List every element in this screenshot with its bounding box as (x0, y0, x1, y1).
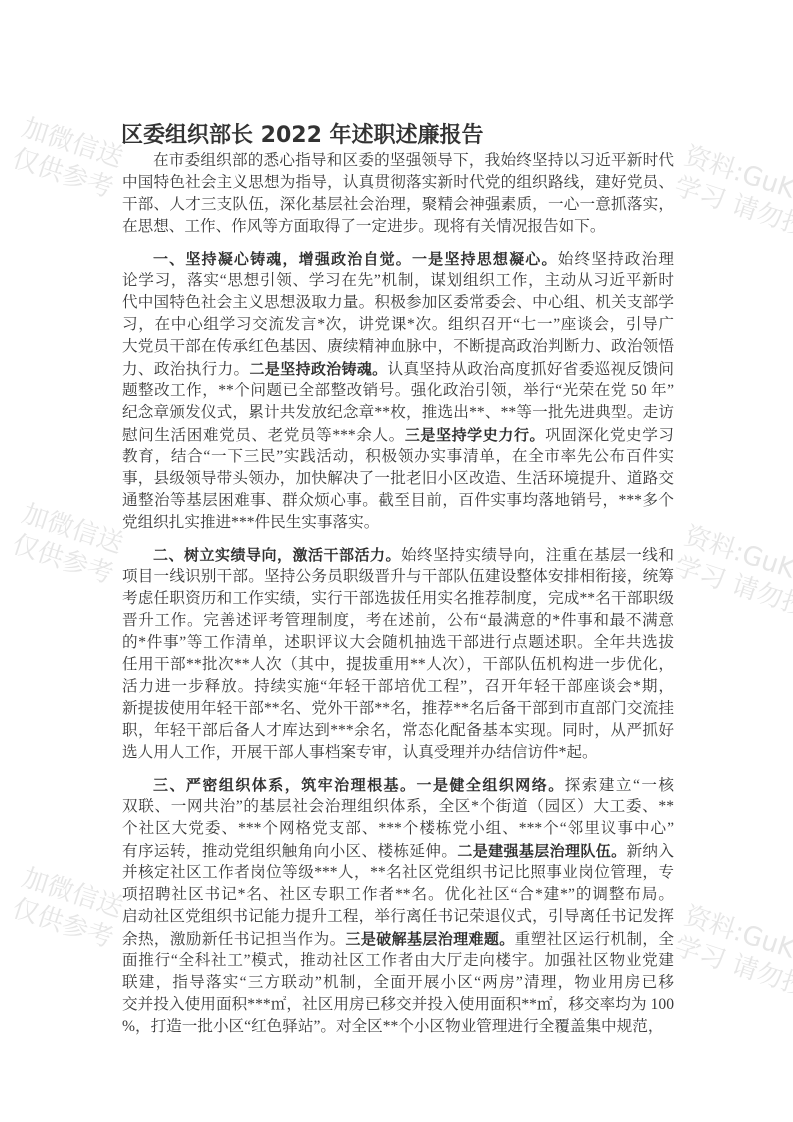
bold-heading: 二是建强基层治理队伍。 (457, 842, 626, 860)
text-line: 活力进一步释放。持续实施“年轻干部培优工程”，召开年轻干部座谈会*期， (122, 676, 674, 698)
text-line: 代中国特色社会主义思想汲取力量。积极参加区委常委会、中心组、机关支部学 (122, 292, 674, 314)
text-run: 交并投入使用面积***㎡，社区用房已移交并投入使用面积**㎡，移交率均为 100 (122, 996, 674, 1013)
text-run: 始终坚持实绩导向，注重在基层一线和 (401, 547, 674, 564)
text-line: 项招聘社区书记*名、社区专职工作者**名。优化社区“合*建*”的调整布局。 (122, 884, 674, 906)
text-line: 任用干部**批次**人次（其中，提拔重用**人次），干部队伍机构进一步优化， (122, 654, 674, 676)
text-line: 启动社区党组织书记能力提升工程，举行离任书记荣退仪式，引导离任书记发挥 (122, 906, 674, 928)
text-line: 慰问生活困难党员、老党员等***余人。三是坚持学史力行。巩固深化党史学习 (122, 424, 674, 446)
text-line: 的*件事”等工作清单，述职评议大会随机抽选干部进行点题述职。全年共选拔 (122, 632, 674, 654)
bold-heading: 二是坚持政治铸魂。 (249, 360, 387, 378)
text-line: 交并投入使用面积***㎡，社区用房已移交并投入使用面积**㎡，移交率均为 100 (122, 994, 674, 1016)
text-run: 并核定社区工作者岗位等级***人，**名社区党组织书记比照事业岗位管理，专 (122, 864, 674, 881)
text-run: 在思想、工作、作风等方面取得了一定进步。现将有关情况报告如下。 (122, 218, 605, 235)
text-line: 个社区大党委、***个网格党支部、***个楼栋党小组、***个“邻里议事中心” (122, 818, 674, 840)
paragraph-section-1: 一、坚持凝心铸魂，增强政治自觉。一是坚持思想凝心。始终坚持政治理论学习，落实“思… (122, 248, 674, 534)
text-line: 题整改工作，**个问题已全部整改销号。强化政治引领，举行“光荣在党 50 年” (122, 380, 674, 402)
text-run: 项招聘社区书记*名、社区专职工作者**名。优化社区“合*建*”的调整布局。 (122, 886, 674, 903)
text-run: 代中国特色社会主义思想汲取力量。积极参加区委常委会、中心组、机关支部学 (122, 294, 674, 311)
text-line: 项目一线识别干部。坚持公务员职级晋升与干部队伍建设整体安排相衔接，统筹 (122, 566, 674, 588)
text-run: 习，在中心组学习交流发言*次，讲党课*次。组织召开“七一”座谈会，引导广 (122, 316, 674, 333)
paragraph-intro: 在市委组织部的悉心指导和区委的坚强领导下，我始终坚持以习近平新时代中国特色社会主… (122, 150, 674, 238)
text-run: 中国特色社会主义思想为指导，认真贯彻落实新时代党的组织路线，建好党员、 (122, 174, 674, 191)
text-line: 三、严密组织体系，筑牢治理根基。一是健全组织网络。探索建立“一核 (122, 774, 674, 796)
paragraph-section-3: 三、严密组织体系，筑牢治理根基。一是健全组织网络。探索建立“一核双联、一网共治”… (122, 774, 674, 1038)
document-body: 在市委组织部的悉心指导和区委的坚强领导下，我始终坚持以习近平新时代中国特色社会主… (122, 150, 674, 1048)
text-run: 双联、一网共治”的基层社会治理组织体系，全区*个街道（园区）大工委、** (122, 798, 674, 815)
text-run: 新纳入 (626, 843, 674, 860)
text-line: 一、坚持凝心铸魂，增强政治自觉。一是坚持思想凝心。始终坚持政治理 (122, 248, 674, 270)
text-line: 双联、一网共治”的基层社会治理组织体系，全区*个街道（园区）大工委、** (122, 796, 674, 818)
text-run: 大党员干部在传承红色基因、赓续精神血脉中，不断提高政治判断力、政治领悟 (122, 338, 674, 355)
text-run: 论学习，落实“思想引领、学习在先”机制，谋划组织工作，主动从习近平新时 (122, 272, 674, 289)
text-line: 干部、人才三支队伍，深化基层社会治理，聚精会神强素质，一心一意抓落实， (122, 194, 674, 216)
bold-heading: 一、坚持凝心铸魂，增强政治自觉。 (153, 250, 412, 268)
text-run: 新提拔使用年轻干部**名、党外干部**名，推荐**名后备干部到市直部门交流挂 (122, 700, 674, 717)
text-line: 中国特色社会主义思想为指导，认真贯彻落实新时代党的组织路线，建好党员、 (122, 172, 674, 194)
text-run: 晋升工作。完善述评考管理制度，考在述前，公布“最满意的*件事和最不满意 (122, 612, 674, 629)
document-page: 加微信送 仅供参考 资料:GuKai. 学习 请勿抄袭 加微信送 仅供参考 资料… (0, 0, 793, 1122)
text-run: 在市委组织部的悉心指导和区委的坚强领导下，我始终坚持以习近平新时代 (153, 152, 674, 169)
watermark-right: 资料:GuKai. 学习 请勿抄袭 (670, 140, 793, 252)
text-line: 在思想、工作、作风等方面取得了一定进步。现将有关情况报告如下。 (122, 216, 674, 238)
text-run: 项目一线识别干部。坚持公务员职级晋升与干部队伍建设整体安排相衔接，统筹 (122, 568, 674, 585)
text-run: 个社区大党委、***个网格党支部、***个楼栋党小组、***个“邻里议事中心” (122, 820, 674, 837)
watermark-left: 加微信送 仅供参考 (8, 862, 127, 955)
text-line: 在市委组织部的悉心指导和区委的坚强领导下，我始终坚持以习近平新时代 (122, 150, 674, 172)
text-run: 巩固深化党史学习 (545, 427, 674, 444)
text-run: 任用干部**批次**人次（其中，提拔重用**人次），干部队伍机构进一步优化， (122, 656, 674, 673)
text-run: 选人用人工作，开展干部人事档案专审，认真受理并办结信访件*起。 (122, 744, 598, 761)
text-line: 面推行“全科社工”模式，推动社区工作者由大厅走向楼宇。加强社区物业党建 (122, 950, 674, 972)
text-run: 慰问生活困难党员、老党员等***余人。 (122, 427, 405, 444)
paragraph-section-2: 二、树立实绩导向，激活干部活力。始终坚持实绩导向，注重在基层一线和项目一线识别干… (122, 544, 674, 764)
text-run: 事，县级领导带头领办，加快解决了一批老旧小区改造、生活环境提升、道路交 (122, 470, 674, 487)
watermark-right: 资料:GuKai. 学习 请勿抄袭 (670, 900, 793, 1012)
text-line: 习，在中心组学习交流发言*次，讲党课*次。组织召开“七一”座谈会，引导广 (122, 314, 674, 336)
text-run: 面推行“全科社工”模式，推动社区工作者由大厅走向楼宇。加强社区物业党建 (122, 952, 674, 969)
text-run: 教育，结合“一下三民”实践活动，积极领办实事清单，在全市率先公布百件实 (122, 448, 674, 465)
text-run: 的*件事”等工作清单，述职评议大会随机抽选干部进行点题述职。全年共选拔 (122, 634, 674, 651)
text-run: 余热，激励新任书记担当作为。 (122, 931, 346, 948)
text-line: 通整治等基层困难事、群众烦心事。截至目前，百件实事均落地销号，***多个 (122, 490, 674, 512)
text-run: 职，年轻干部后备人才库达到***余名，常态化配备基本实现。同时，从严抓好 (122, 722, 674, 739)
text-run: 启动社区党组织书记能力提升工程，举行离任书记荣退仪式，引导离任书记发挥 (122, 908, 674, 925)
bold-heading: 二、树立实绩导向，激活干部活力。 (153, 546, 401, 564)
text-line: 并核定社区工作者岗位等级***人，**名社区党组织书记比照事业岗位管理，专 (122, 862, 674, 884)
text-line: 纪念章颁发仪式，累计共发放纪念章**枚，推选出**、**等一批先进典型。走访 (122, 402, 674, 424)
text-run: 联建，指导落实“三方联动”机制，全面开展小区“两房”清理，物业用房已移 (122, 974, 674, 991)
document-title: 区委组织部长 2022 年述职述廉报告 (121, 120, 484, 152)
bold-heading: 三是坚持学史力行。 (405, 426, 545, 444)
text-line: 党组织扎实推进***件民生实事落实。 (122, 512, 674, 534)
watermark-left: 加微信送 仅供参考 (8, 112, 127, 205)
text-line: 二、树立实绩导向，激活干部活力。始终坚持实绩导向，注重在基层一线和 (122, 544, 674, 566)
bold-heading: 一是健全组织网络。 (416, 776, 564, 794)
text-line: 选人用人工作，开展干部人事档案专审，认真受理并办结信访件*起。 (122, 742, 674, 764)
text-line: 大党员干部在传承红色基因、赓续精神血脉中，不断提高政治判断力、政治领悟 (122, 336, 674, 358)
text-line: 余热，激励新任书记担当作为。三是破解基层治理难题。重塑社区运行机制，全 (122, 928, 674, 950)
watermark-left: 加微信送 仅供参考 (8, 498, 127, 591)
text-line: 力、政治执行力。二是坚持政治铸魂。认真坚持从政治高度抓好省委巡视反馈问 (122, 358, 674, 380)
text-line: 职，年轻干部后备人才库达到***余名，常态化配备基本实现。同时，从严抓好 (122, 720, 674, 742)
bold-heading: 三、严密组织体系，筑牢治理根基。 (153, 776, 416, 794)
text-run: 认真坚持从政治高度抓好省委巡视反馈问 (388, 361, 674, 378)
text-run: 干部、人才三支队伍，深化基层社会治理，聚精会神强素质，一心一意抓落实， (122, 196, 674, 213)
text-run: 有序运转，推动党组织触角向小区、楼栋延伸。 (122, 843, 457, 860)
text-run: 力、政治执行力。 (122, 361, 249, 378)
text-run: 活力进一步释放。持续实施“年轻干部培优工程”，召开年轻干部座谈会*期， (122, 678, 674, 695)
text-line: 论学习，落实“思想引领、学习在先”机制，谋划组织工作，主动从习近平新时 (122, 270, 674, 292)
bold-heading: 一是坚持思想凝心。 (412, 250, 558, 268)
text-line: 事，县级领导带头领办，加快解决了一批老旧小区改造、生活环境提升、道路交 (122, 468, 674, 490)
text-run: 党组织扎实推进***件民生实事落实。 (122, 514, 379, 531)
text-run: 纪念章颁发仪式，累计共发放纪念章**枚，推选出**、**等一批先进典型。走访 (122, 404, 674, 421)
text-line: 教育，结合“一下三民”实践活动，积极领办实事清单，在全市率先公布百件实 (122, 446, 674, 468)
watermark-right: 资料:GuKai. 学习 请勿抄袭 (670, 520, 793, 632)
text-run: 重塑社区运行机制，全 (515, 931, 674, 948)
text-line: 联建，指导落实“三方联动”机制，全面开展小区“两房”清理，物业用房已移 (122, 972, 674, 994)
text-line: 考虑任职资历和工作实绩，实行干部选拔任用实名推荐制度，完成**名干部职级 (122, 588, 674, 610)
text-run: 探索建立“一核 (565, 777, 674, 794)
text-run: 通整治等基层困难事、群众烦心事。截至目前，百件实事均落地销号，***多个 (122, 492, 674, 509)
bold-heading: 三是破解基层治理难题。 (346, 930, 515, 948)
text-run: 考虑任职资历和工作实绩，实行干部选拔任用实名推荐制度，完成**名干部职级 (122, 590, 674, 607)
text-line: 新提拔使用年轻干部**名、党外干部**名，推荐**名后备干部到市直部门交流挂 (122, 698, 674, 720)
text-run: 题整改工作，**个问题已全部整改销号。强化政治引领，举行“光荣在党 50 年” (122, 382, 674, 399)
text-run: 始终坚持政治理 (558, 251, 674, 268)
text-run: %，打造一批小区“红色驿站”。对全区**个小区物业管理进行全覆盖集中规范， (122, 1018, 663, 1035)
text-line: 有序运转，推动党组织触角向小区、楼栋延伸。二是建强基层治理队伍。新纳入 (122, 840, 674, 862)
text-line: %，打造一批小区“红色驿站”。对全区**个小区物业管理进行全覆盖集中规范， (122, 1016, 674, 1038)
text-line: 晋升工作。完善述评考管理制度，考在述前，公布“最满意的*件事和最不满意 (122, 610, 674, 632)
